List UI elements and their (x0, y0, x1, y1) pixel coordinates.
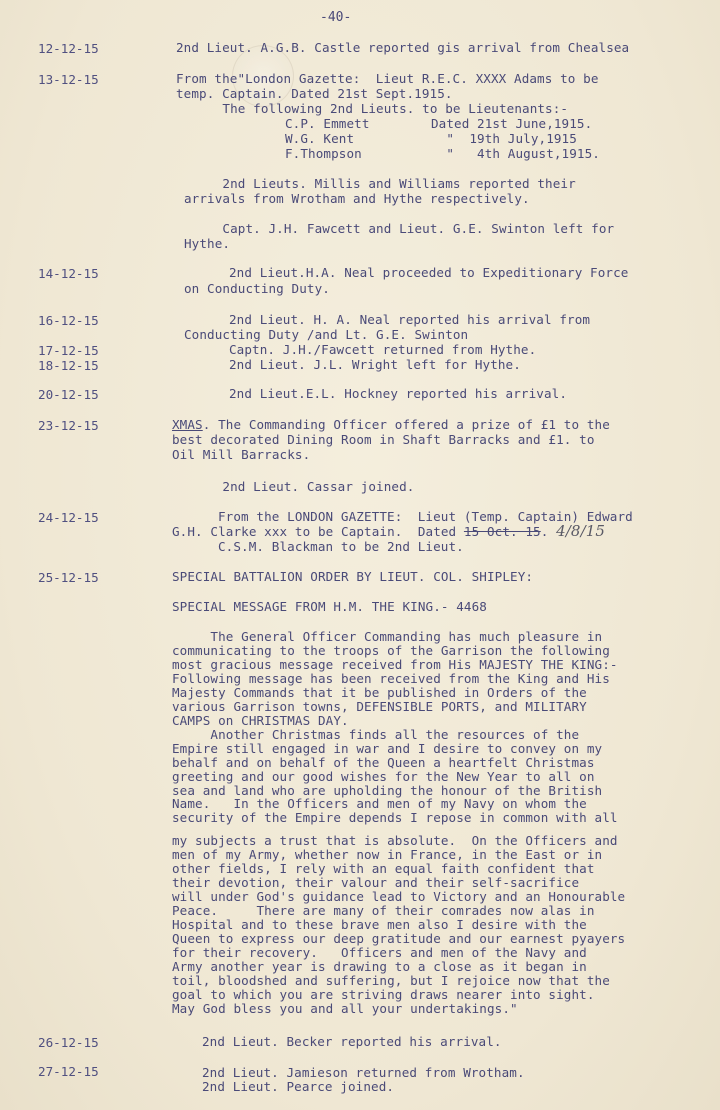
entry-text-part: G.H. Clarke xxx to be Captain. Dated (172, 524, 464, 539)
entry-text: 2nd Lieut.E.L. Hockney reported his arri… (229, 387, 567, 401)
message-line: Following message has been received from… (172, 672, 610, 686)
message-line: Another Christmas finds all the resource… (172, 728, 579, 742)
message-line: men of my Army, whether now in France, i… (172, 848, 602, 862)
page-number: -40- (320, 10, 351, 25)
entry-date: 27-12-15 (38, 1064, 99, 1079)
promotion-row: W.G. Kent " 19th July,1915 (285, 132, 577, 146)
entry-text: temp. Captain. Dated 21st Sept.1915. (176, 87, 453, 101)
entry-text: arrivals from Wrotham and Hythe respecti… (184, 192, 530, 206)
message-line: behalf and on behalf of the Queen a hear… (172, 756, 595, 770)
entry-text: Oil Mill Barracks. (172, 448, 310, 462)
xmas-heading: XMAS (172, 417, 203, 432)
entry-text: Conducting Duty /and Lt. G.E. Swinton (184, 328, 468, 342)
message-line: Empire still engaged in war and I desire… (172, 742, 602, 756)
message-line: various Garrison towns, DEFENSIBLE PORTS… (172, 700, 587, 714)
message-heading: SPECIAL MESSAGE FROM H.M. THE KING.- 446… (172, 600, 487, 614)
entry-text: 2nd Lieut. Becker reported his arrival. (202, 1035, 502, 1049)
entry-text: 2nd Lieut.H.A. Neal proceeded to Expedit… (229, 266, 628, 280)
entry-text: The following 2nd Lieuts. to be Lieutena… (184, 102, 568, 116)
entry-date: 18-12-15 (38, 358, 99, 373)
handwritten-correction: 4/8/15 (556, 522, 605, 540)
entry-text: G.H. Clarke xxx to be Captain. Dated 15 … (172, 525, 605, 539)
entry-text: Captn. J.H./Fawcett returned from Hythe. (229, 343, 536, 357)
message-line: my subjects a trust that is absolute. On… (172, 834, 618, 848)
message-line: Majesty Commands that it be published in… (172, 686, 587, 700)
message-line: Queen to express our deep gratitude and … (172, 932, 625, 946)
entry-date: 12-12-15 (38, 41, 99, 56)
entry-text: 2nd Lieut. Jamieson returned from Wrotha… (202, 1066, 525, 1080)
entry-date: 20-12-15 (38, 387, 99, 402)
entry-date: 14-12-15 (38, 266, 99, 281)
entry-text: From the"London Gazette: Lieut R.E.C. XX… (176, 72, 599, 86)
entry-text: XMAS. The Commanding Officer offered a p… (172, 418, 610, 432)
message-line: their devotion, their valour and their s… (172, 876, 579, 890)
message-line: communicating to the troops of the Garri… (172, 644, 610, 658)
message-line: May God bless you and all your undertaki… (172, 1002, 518, 1016)
entry-text: C.S.M. Blackman to be 2nd Lieut. (218, 540, 464, 554)
entry-date: 17-12-15 (38, 343, 99, 358)
message-line: will under God's guidance lead to Victor… (172, 890, 625, 904)
entry-text: 2nd Lieuts. Millis and Williams reported… (184, 177, 576, 191)
message-line: Name. In the Officers and men of my Navy… (172, 797, 587, 811)
entry-date: 24-12-15 (38, 510, 99, 525)
message-line: greeting and our good wishes for the New… (172, 770, 595, 784)
message-line: Peace. There are many of their comrades … (172, 904, 595, 918)
entry-date: 16-12-15 (38, 313, 99, 328)
entry-text: best decorated Dining Room in Shaft Barr… (172, 433, 595, 447)
document-page: -40- 12-12-15 2nd Lieut. A.G.B. Castle r… (0, 0, 720, 1110)
entry-text: 2nd Lieut. A.G.B. Castle reported gis ar… (176, 41, 629, 55)
message-line: most gracious message received from His … (172, 658, 618, 672)
entry-text: 2nd Lieut. J.L. Wright left for Hythe. (229, 358, 521, 372)
entry-text-continued: . The Commanding Officer offered a prize… (203, 417, 610, 432)
entry-date: 13-12-15 (38, 72, 99, 87)
entry-date: 23-12-15 (38, 418, 99, 433)
message-line: toil, bloodshed and suffering, but I rej… (172, 974, 610, 988)
message-line: goal to which you are striving draws nea… (172, 988, 595, 1002)
entry-text: 2nd Lieut. H. A. Neal reported his arriv… (229, 313, 590, 327)
message-line: The General Officer Commanding has much … (172, 630, 602, 644)
message-line: Hospital and to these brave men also I d… (172, 918, 587, 932)
struck-date: 15 Oct. 15 (464, 524, 541, 539)
punctuation: . (541, 524, 556, 539)
entry-text: 2nd Lieut. Cassar joined. (184, 480, 414, 494)
message-line: other fields, I rely with an equal faith… (172, 862, 595, 876)
entry-text: Hythe. (184, 237, 230, 251)
message-line: security of the Empire depends I repose … (172, 811, 618, 825)
entry-text: Capt. J.H. Fawcett and Lieut. G.E. Swint… (184, 222, 614, 236)
message-line: CAMPS on CHRISTMAS DAY. (172, 714, 349, 728)
promotion-row: F.Thompson " 4th August,1915. (285, 147, 600, 161)
promotion-row: C.P. Emmett Dated 21st June,1915. (285, 117, 592, 131)
order-heading: SPECIAL BATTALION ORDER BY LIEUT. COL. S… (172, 570, 533, 584)
entry-date: 25-12-15 (38, 570, 99, 585)
entry-date: 26-12-15 (38, 1035, 99, 1050)
entry-text: on Conducting Duty. (184, 282, 330, 296)
message-line: Army another year is drawing to a close … (172, 960, 587, 974)
entry-text: 2nd Lieut. Pearce joined. (202, 1080, 394, 1094)
message-line: for their recovery. Officers and men of … (172, 946, 587, 960)
